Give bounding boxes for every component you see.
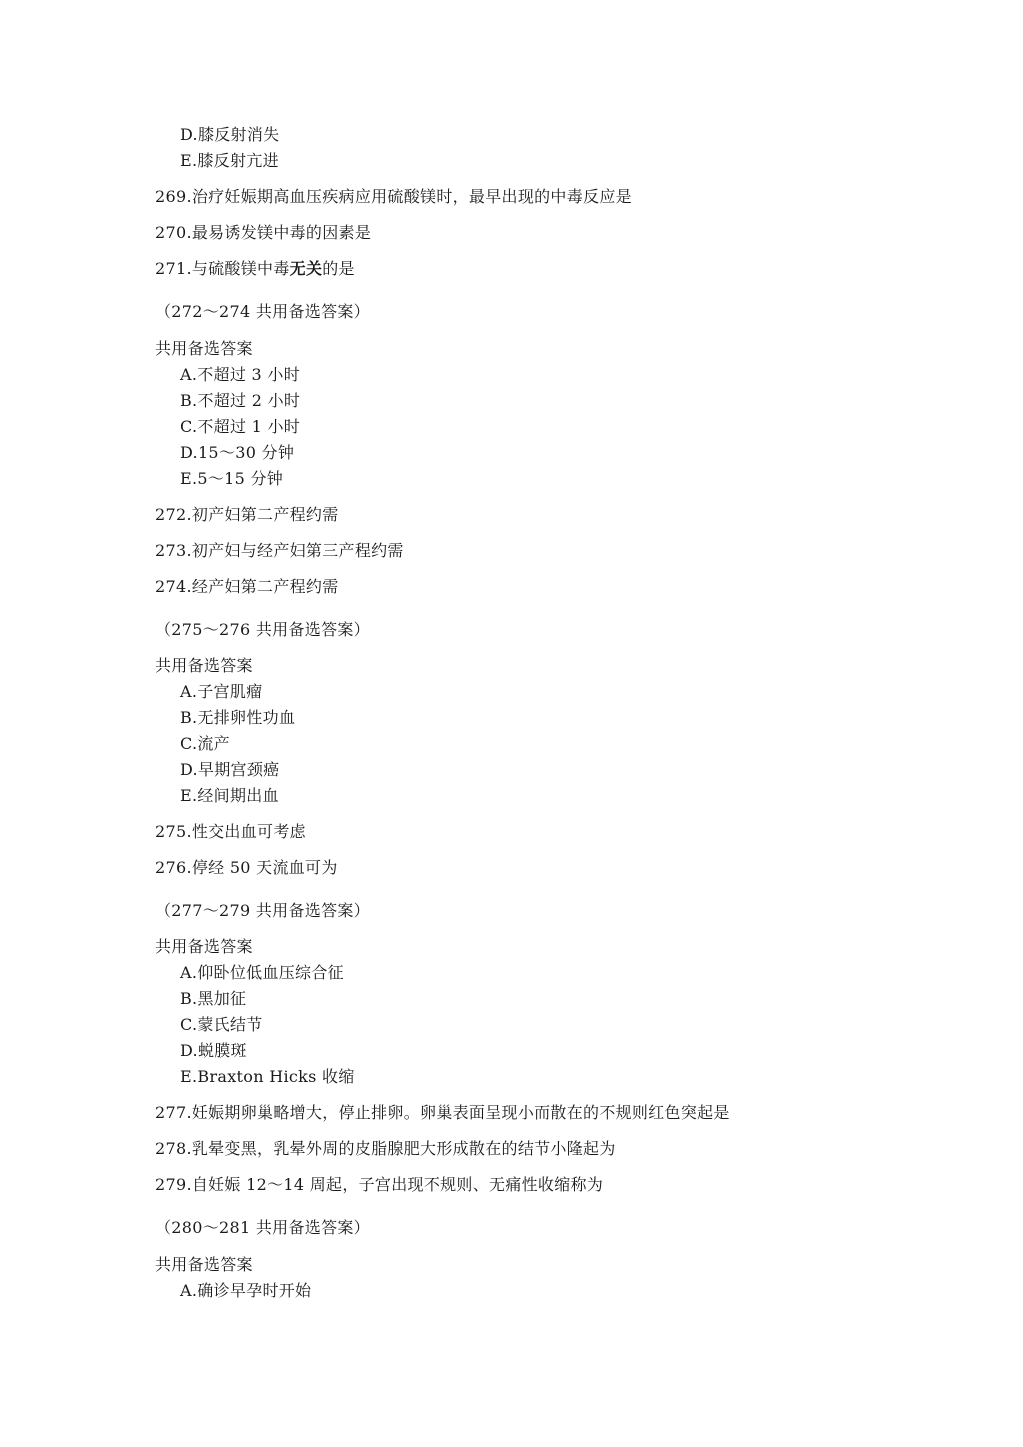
option-letter: B.: [180, 989, 197, 1008]
question-text: 性交出血可考虑: [192, 822, 306, 841]
option-d: D.早期宫颈癌: [180, 760, 279, 780]
option-letter: D.: [180, 125, 198, 144]
group-range-label: （280～281 共用备选答案）: [155, 1218, 370, 1238]
option-b: B.黑加征: [180, 989, 246, 1009]
question-text: 乳晕变黑，乳晕外周的皮脂腺肥大形成散在的结节小隆起为: [192, 1139, 616, 1158]
option-text: 15～30 分钟: [198, 443, 294, 462]
question-number: 276.: [155, 858, 192, 877]
option-text: 膝反射亢进: [197, 151, 279, 170]
option-letter: E.: [180, 1067, 197, 1086]
option-e: E.膝反射亢进: [180, 151, 279, 171]
option-letter: C.: [180, 1015, 197, 1034]
question-269: 269.治疗妊娠期高血压疾病应用硫酸镁时，最早出现的中毒反应是: [155, 187, 632, 207]
option-c: C.流产: [180, 734, 230, 754]
question-text: 治疗妊娠期高血压疾病应用硫酸镁时，最早出现的中毒反应是: [192, 187, 632, 206]
question-number: 274.: [155, 577, 192, 596]
option-b: B.无排卵性功血: [180, 708, 295, 728]
question-number: 272.: [155, 505, 192, 524]
option-text: Braxton Hicks 收缩: [197, 1067, 354, 1086]
question-279: 279.自妊娠 12～14 周起，子宫出现不规则、无痛性收缩称为: [155, 1175, 603, 1195]
option-letter: A.: [180, 365, 197, 384]
group-range-label: （277～279 共用备选答案）: [155, 901, 370, 921]
option-text: 不超过 1 小时: [197, 417, 300, 436]
option-a: A.确诊早孕时开始: [180, 1281, 311, 1301]
question-273: 273.初产妇与经产妇第三产程约需: [155, 541, 404, 561]
group-range-label: （275～276 共用备选答案）: [155, 620, 370, 640]
option-letter: C.: [180, 417, 197, 436]
options-header: 共用备选答案: [155, 1255, 253, 1275]
question-number: 270.: [155, 223, 192, 242]
option-a: A.子宫肌瘤: [180, 682, 262, 702]
question-number: 279.: [155, 1175, 192, 1194]
option-letter: D.: [180, 1041, 198, 1060]
question-text: 的是: [322, 259, 355, 278]
option-text: 仰卧位低血压综合征: [197, 963, 344, 982]
question-number: 277.: [155, 1103, 192, 1122]
question-number: 275.: [155, 822, 192, 841]
option-c: C.蒙氏结节: [180, 1015, 263, 1035]
question-text: 最易诱发镁中毒的因素是: [192, 223, 371, 242]
question-text: 与硫酸镁中毒: [192, 259, 290, 278]
option-c: C.不超过 1 小时: [180, 417, 300, 437]
group-range-label: （272～274 共用备选答案）: [155, 302, 370, 322]
emphasis-text: 无关: [290, 259, 323, 278]
option-text: 5～15 分钟: [197, 469, 283, 488]
question-278: 278.乳晕变黑，乳晕外周的皮脂腺肥大形成散在的结节小隆起为: [155, 1139, 616, 1159]
option-letter: B.: [180, 708, 197, 727]
option-letter: D.: [180, 443, 198, 462]
options-header: 共用备选答案: [155, 937, 253, 957]
option-letter: D.: [180, 760, 198, 779]
option-letter: E.: [180, 151, 197, 170]
option-text: 蜕膜斑: [198, 1041, 247, 1060]
option-a: A.仰卧位低血压综合征: [180, 963, 344, 983]
question-271: 271.与硫酸镁中毒无关的是: [155, 259, 355, 279]
option-letter: B.: [180, 391, 197, 410]
question-text: 初产妇与经产妇第三产程约需: [192, 541, 404, 560]
option-a: A.不超过 3 小时: [180, 365, 300, 385]
option-d: D.蜕膜斑: [180, 1041, 247, 1061]
question-text: 经产妇第二产程约需: [192, 577, 339, 596]
question-275: 275.性交出血可考虑: [155, 822, 306, 842]
question-272: 272.初产妇第二产程约需: [155, 505, 339, 525]
option-text: 子宫肌瘤: [197, 682, 262, 701]
question-270: 270.最易诱发镁中毒的因素是: [155, 223, 371, 243]
option-text: 经间期出血: [197, 786, 279, 805]
option-letter: E.: [180, 786, 197, 805]
question-text: 初产妇第二产程约需: [192, 505, 339, 524]
question-number: 278.: [155, 1139, 192, 1158]
options-header: 共用备选答案: [155, 656, 253, 676]
option-text: 无排卵性功血: [197, 708, 295, 727]
option-letter: E.: [180, 469, 197, 488]
option-text: 不超过 3 小时: [197, 365, 300, 384]
option-text: 黑加征: [197, 989, 246, 1008]
option-letter: A.: [180, 682, 197, 701]
question-number: 273.: [155, 541, 192, 560]
question-text: 停经 50 天流血可为: [192, 858, 338, 877]
option-text: 早期宫颈癌: [198, 760, 280, 779]
option-e: E.经间期出血: [180, 786, 279, 806]
option-letter: A.: [180, 1281, 197, 1300]
option-d: D.15～30 分钟: [180, 443, 294, 463]
question-277: 277.妊娠期卵巢略增大，停止排卵。卵巢表面呈现小而散在的不规则红色突起是: [155, 1103, 730, 1123]
option-e: E.5～15 分钟: [180, 469, 283, 489]
option-text: 不超过 2 小时: [197, 391, 300, 410]
option-text: 确诊早孕时开始: [197, 1281, 311, 1300]
option-letter: C.: [180, 734, 197, 753]
question-276: 276.停经 50 天流血可为: [155, 858, 338, 878]
options-header: 共用备选答案: [155, 339, 253, 359]
option-d: D.膝反射消失: [180, 125, 279, 145]
question-text: 自妊娠 12～14 周起，子宫出现不规则、无痛性收缩称为: [192, 1175, 603, 1194]
option-text: 蒙氏结节: [197, 1015, 262, 1034]
option-b: B.不超过 2 小时: [180, 391, 300, 411]
question-number: 271.: [155, 259, 192, 278]
option-text: 膝反射消失: [198, 125, 280, 144]
option-e: E.Braxton Hicks 收缩: [180, 1067, 355, 1087]
option-text: 流产: [197, 734, 230, 753]
question-text: 妊娠期卵巢略增大，停止排卵。卵巢表面呈现小而散在的不规则红色突起是: [192, 1103, 730, 1122]
option-letter: A.: [180, 963, 197, 982]
question-number: 269.: [155, 187, 192, 206]
question-274: 274.经产妇第二产程约需: [155, 577, 339, 597]
